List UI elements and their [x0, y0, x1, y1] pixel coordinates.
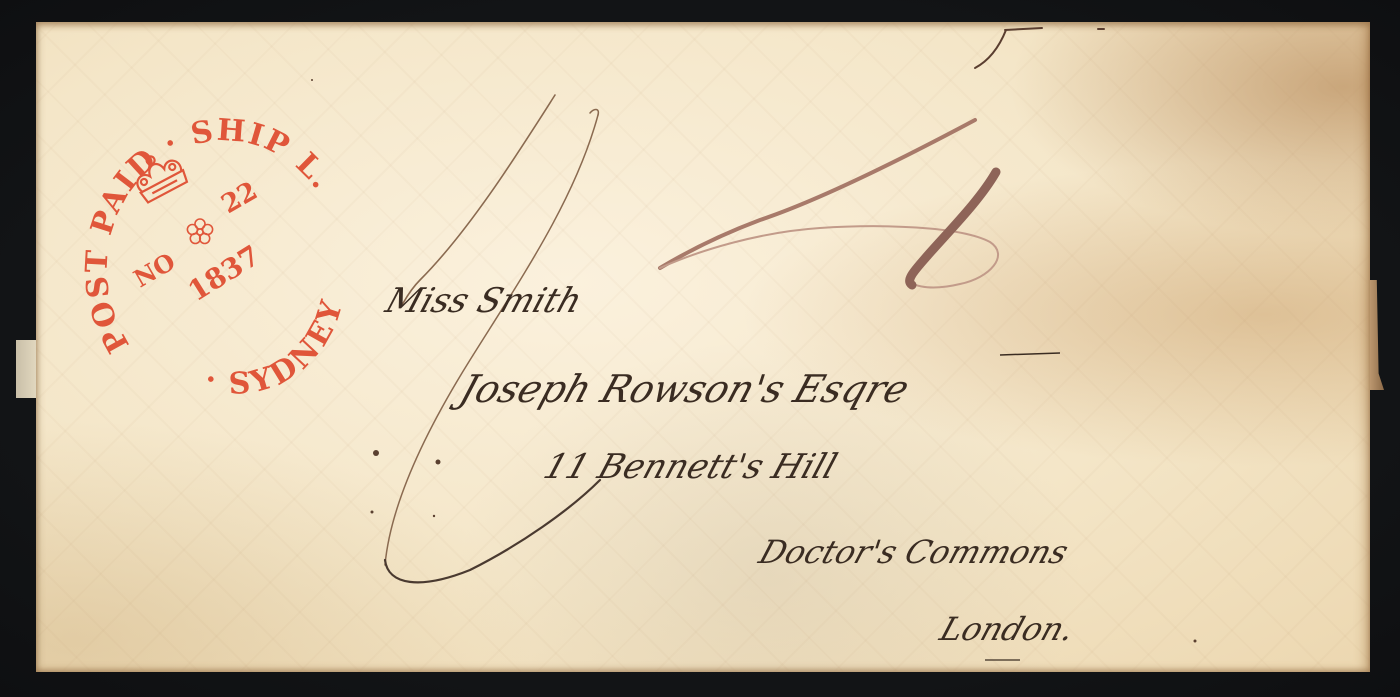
postmark-year: 1837 [182, 239, 266, 308]
postmark-month: NO [129, 247, 181, 294]
svg-text:· SYDNEY: · SYDNEY [201, 294, 351, 402]
address-block: Miss Smith Joseph Rowson's Esqre 11 Benn… [380, 282, 1079, 660]
address-line-district: Doctor's Commons [754, 534, 1073, 571]
address-line-city: London. [935, 611, 1080, 648]
postmark-bottom-arc: · SYDNEY [201, 294, 351, 402]
svg-text:POST PAID · SHIP L.T. ·: POST PAID · SHIP L.T. · [0, 0, 340, 359]
address-line-recipient: Miss Smith [380, 282, 587, 321]
manuscript-numeral-one [385, 95, 600, 582]
manuscript-rate-four [660, 120, 998, 287]
postmark-day: 22 [217, 176, 263, 220]
sydney-ship-postmark: POST PAID · SHIP L.T. · · SYDNEY NO 22 1… [0, 0, 351, 402]
postmark-top-arc: POST PAID · SHIP L.T. · [0, 0, 340, 359]
rosette-icon [187, 219, 212, 244]
address-line-street: 11 Bennett's Hill [539, 448, 842, 487]
cover-markings: POST PAID · SHIP L.T. · · SYDNEY NO 22 1… [0, 0, 1400, 697]
address-line-care-of: Joseph Rowson's Esqre [447, 368, 914, 412]
manuscript-corner-mark [975, 28, 1104, 68]
